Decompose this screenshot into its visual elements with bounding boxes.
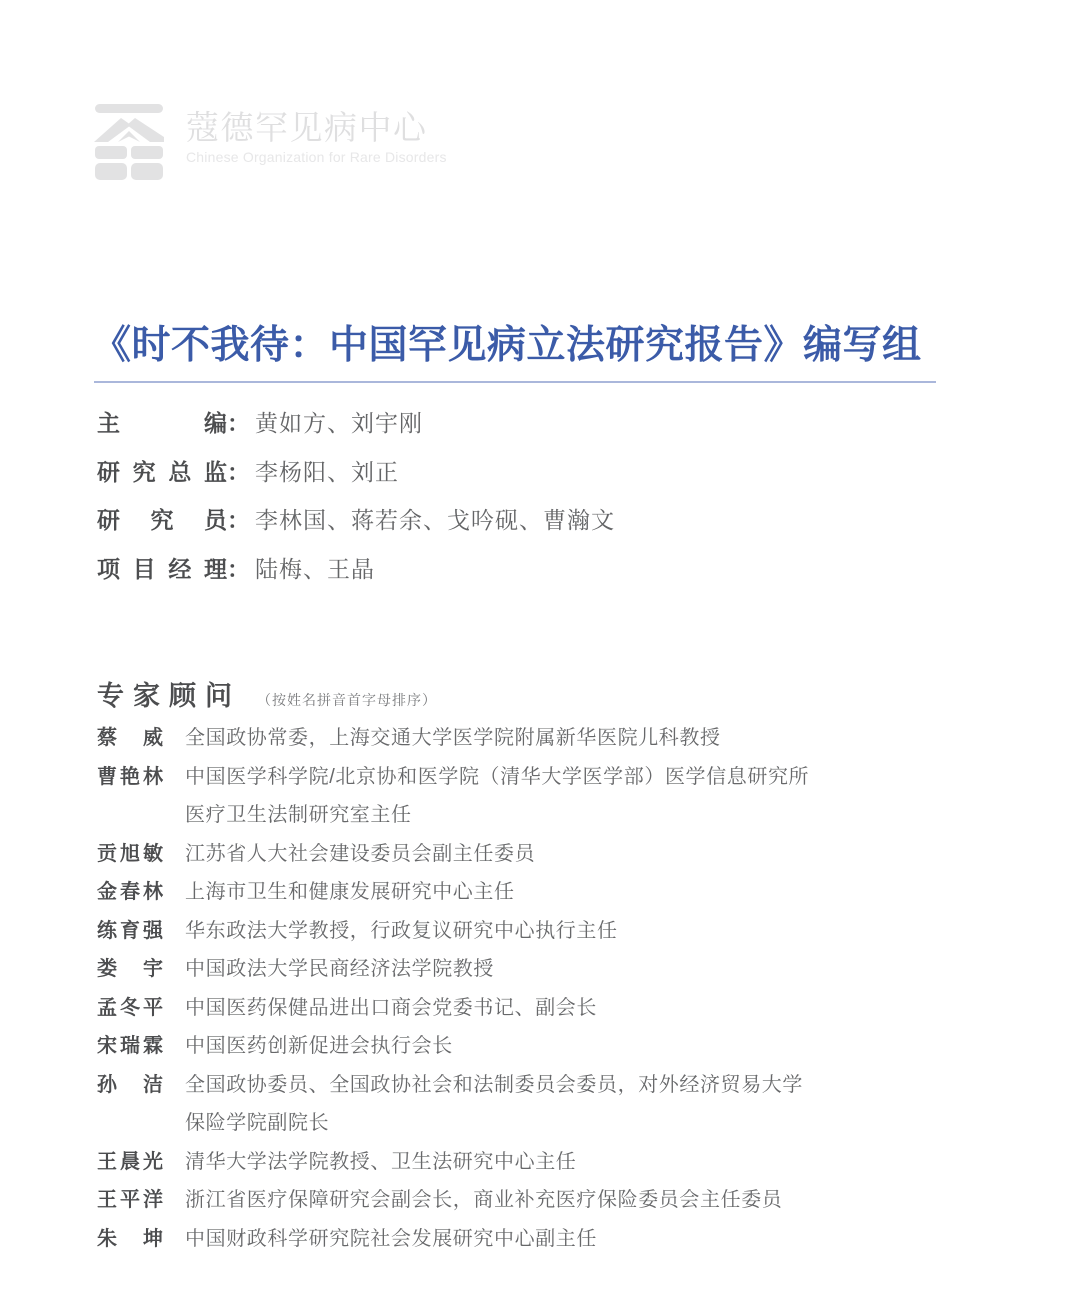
advisor-description-line: 中国医学科学院/北京协和医学院（清华大学医学部）医学信息研究所 xyxy=(185,758,809,797)
advisor-row: 蔡威全国政协常委，上海交通大学医学院附属新华医院儿科教授 xyxy=(97,719,809,758)
role-value: 李杨阳、刘正 xyxy=(255,461,399,484)
advisor-name: 孙洁 xyxy=(97,1066,163,1105)
role-label: 项目经理 xyxy=(97,558,227,581)
role-label: 研究总监 xyxy=(97,461,227,484)
advisor-description: 中国政法大学民商经济法学院教授 xyxy=(185,950,494,989)
advisor-description: 中国医药保健品进出口商会党委书记、副会长 xyxy=(185,989,597,1028)
advisor-description-line: 清华大学法学院教授、卫生法研究中心主任 xyxy=(185,1143,576,1182)
advisor-description-line: 上海市卫生和健康发展研究中心主任 xyxy=(185,873,515,912)
role-colon: ： xyxy=(227,461,250,484)
advisor-row: 曹艳林中国医学科学院/北京协和医学院（清华大学医学部）医学信息研究所医疗卫生法制… xyxy=(97,758,809,835)
advisor-row: 朱坤中国财政科学研究院社会发展研究中心副主任 xyxy=(97,1220,809,1259)
role-row: 项目经理：陆梅、王晶 xyxy=(97,558,615,581)
advisor-row: 宋瑞霖中国医药创新促进会执行会长 xyxy=(97,1027,809,1066)
advisors-heading: 专家顾问 xyxy=(97,674,241,713)
advisors-sort-note: （按姓名拼音首字母排序） xyxy=(257,690,437,710)
page-title: 《时不我待：中国罕见病立法研究报告》编写组 xyxy=(92,314,922,370)
advisor-description: 江苏省人大社会建设委员会副主任委员 xyxy=(185,835,535,874)
advisor-description-line: 保险学院副院长 xyxy=(185,1104,803,1143)
logo-name-cn: 蔻德罕见病中心 xyxy=(186,110,447,146)
advisor-name: 宋瑞霖 xyxy=(97,1027,163,1066)
advisor-description: 华东政法大学教授，行政复议研究中心执行主任 xyxy=(185,912,618,951)
advisor-name: 金春林 xyxy=(97,873,163,912)
logo-name-en: Chinese Organization for Rare Disorders xyxy=(186,149,447,165)
advisor-description-line: 全国政协委员、全国政协社会和法制委员会委员，对外经济贸易大学 xyxy=(185,1066,803,1105)
role-colon: ： xyxy=(227,509,250,532)
advisor-name: 蔡威 xyxy=(97,719,163,758)
advisor-row: 练育强华东政法大学教授，行政复议研究中心执行主任 xyxy=(97,912,809,951)
advisor-description: 上海市卫生和健康发展研究中心主任 xyxy=(185,873,515,912)
document-page: 蔻德罕见病中心 Chinese Organization for Rare Di… xyxy=(0,0,1080,1298)
advisor-row: 娄宇中国政法大学民商经济法学院教授 xyxy=(97,950,809,989)
advisors-header: 专家顾问 （按姓名拼音首字母排序） xyxy=(97,674,437,713)
editorial-roles-list: 主编：黄如方、刘宇刚研究总监：李杨阳、刘正研究员：李林国、蒋若余、戈吟砚、曹瀚文… xyxy=(97,412,615,581)
advisor-description-line: 中国医药创新促进会执行会长 xyxy=(185,1027,453,1066)
advisor-row: 金春林上海市卫生和健康发展研究中心主任 xyxy=(97,873,809,912)
role-colon: ： xyxy=(227,412,250,435)
advisor-description-line: 江苏省人大社会建设委员会副主任委员 xyxy=(185,835,535,874)
advisor-name: 娄宇 xyxy=(97,950,163,989)
advisor-row: 孟冬平中国医药保健品进出口商会党委书记、副会长 xyxy=(97,989,809,1028)
advisor-description-line: 中国医药保健品进出口商会党委书记、副会长 xyxy=(185,989,597,1028)
advisor-row: 王晨光清华大学法学院教授、卫生法研究中心主任 xyxy=(97,1143,809,1182)
role-value: 黄如方、刘宇刚 xyxy=(255,412,423,435)
advisor-name: 曹艳林 xyxy=(97,758,163,797)
advisor-description: 浙江省医疗保障研究会副会长，商业补充医疗保险委员会主任委员 xyxy=(185,1181,782,1220)
advisor-row: 贡旭敏江苏省人大社会建设委员会副主任委员 xyxy=(97,835,809,874)
advisor-row: 孙洁全国政协委员、全国政协社会和法制委员会委员，对外经济贸易大学保险学院副院长 xyxy=(97,1066,809,1143)
advisor-description: 全国政协委员、全国政协社会和法制委员会委员，对外经济贸易大学保险学院副院长 xyxy=(185,1066,803,1143)
advisor-name: 王平洋 xyxy=(97,1181,163,1220)
advisor-description: 全国政协常委，上海交通大学医学院附属新华医院儿科教授 xyxy=(185,719,721,758)
advisor-name: 王晨光 xyxy=(97,1143,163,1182)
cord-logo-mark-icon xyxy=(92,104,166,180)
advisor-description: 中国医学科学院/北京协和医学院（清华大学医学部）医学信息研究所医疗卫生法制研究室… xyxy=(185,758,809,835)
advisor-row: 王平洋浙江省医疗保障研究会副会长，商业补充医疗保险委员会主任委员 xyxy=(97,1181,809,1220)
role-row: 研究总监：李杨阳、刘正 xyxy=(97,461,615,484)
role-value: 李林国、蒋若余、戈吟砚、曹瀚文 xyxy=(255,509,615,532)
advisor-description-line: 医疗卫生法制研究室主任 xyxy=(185,796,809,835)
logo-text: 蔻德罕见病中心 Chinese Organization for Rare Di… xyxy=(186,104,447,165)
advisor-description: 中国财政科学研究院社会发展研究中心副主任 xyxy=(185,1220,597,1259)
role-label: 研究员 xyxy=(97,509,227,532)
advisor-description-line: 华东政法大学教授，行政复议研究中心执行主任 xyxy=(185,912,618,951)
advisor-name: 贡旭敏 xyxy=(97,835,163,874)
role-colon: ： xyxy=(227,558,250,581)
advisor-description-line: 浙江省医疗保障研究会副会长，商业补充医疗保险委员会主任委员 xyxy=(185,1181,782,1220)
title-divider xyxy=(94,381,936,383)
role-row: 主编：黄如方、刘宇刚 xyxy=(97,412,615,435)
advisor-name: 朱坤 xyxy=(97,1220,163,1259)
advisor-description-line: 全国政协常委，上海交通大学医学院附属新华医院儿科教授 xyxy=(185,719,721,758)
role-value: 陆梅、王晶 xyxy=(255,558,375,581)
role-row: 研究员：李林国、蒋若余、戈吟砚、曹瀚文 xyxy=(97,509,615,532)
logo: 蔻德罕见病中心 Chinese Organization for Rare Di… xyxy=(92,104,447,180)
advisor-description: 清华大学法学院教授、卫生法研究中心主任 xyxy=(185,1143,576,1182)
advisor-description: 中国医药创新促进会执行会长 xyxy=(185,1027,453,1066)
advisor-name: 孟冬平 xyxy=(97,989,163,1028)
advisor-name: 练育强 xyxy=(97,912,163,951)
advisors-list: 蔡威全国政协常委，上海交通大学医学院附属新华医院儿科教授曹艳林中国医学科学院/北… xyxy=(97,719,809,1258)
advisor-description-line: 中国政法大学民商经济法学院教授 xyxy=(185,950,494,989)
role-label: 主编 xyxy=(97,412,227,435)
advisor-description-line: 中国财政科学研究院社会发展研究中心副主任 xyxy=(185,1220,597,1259)
